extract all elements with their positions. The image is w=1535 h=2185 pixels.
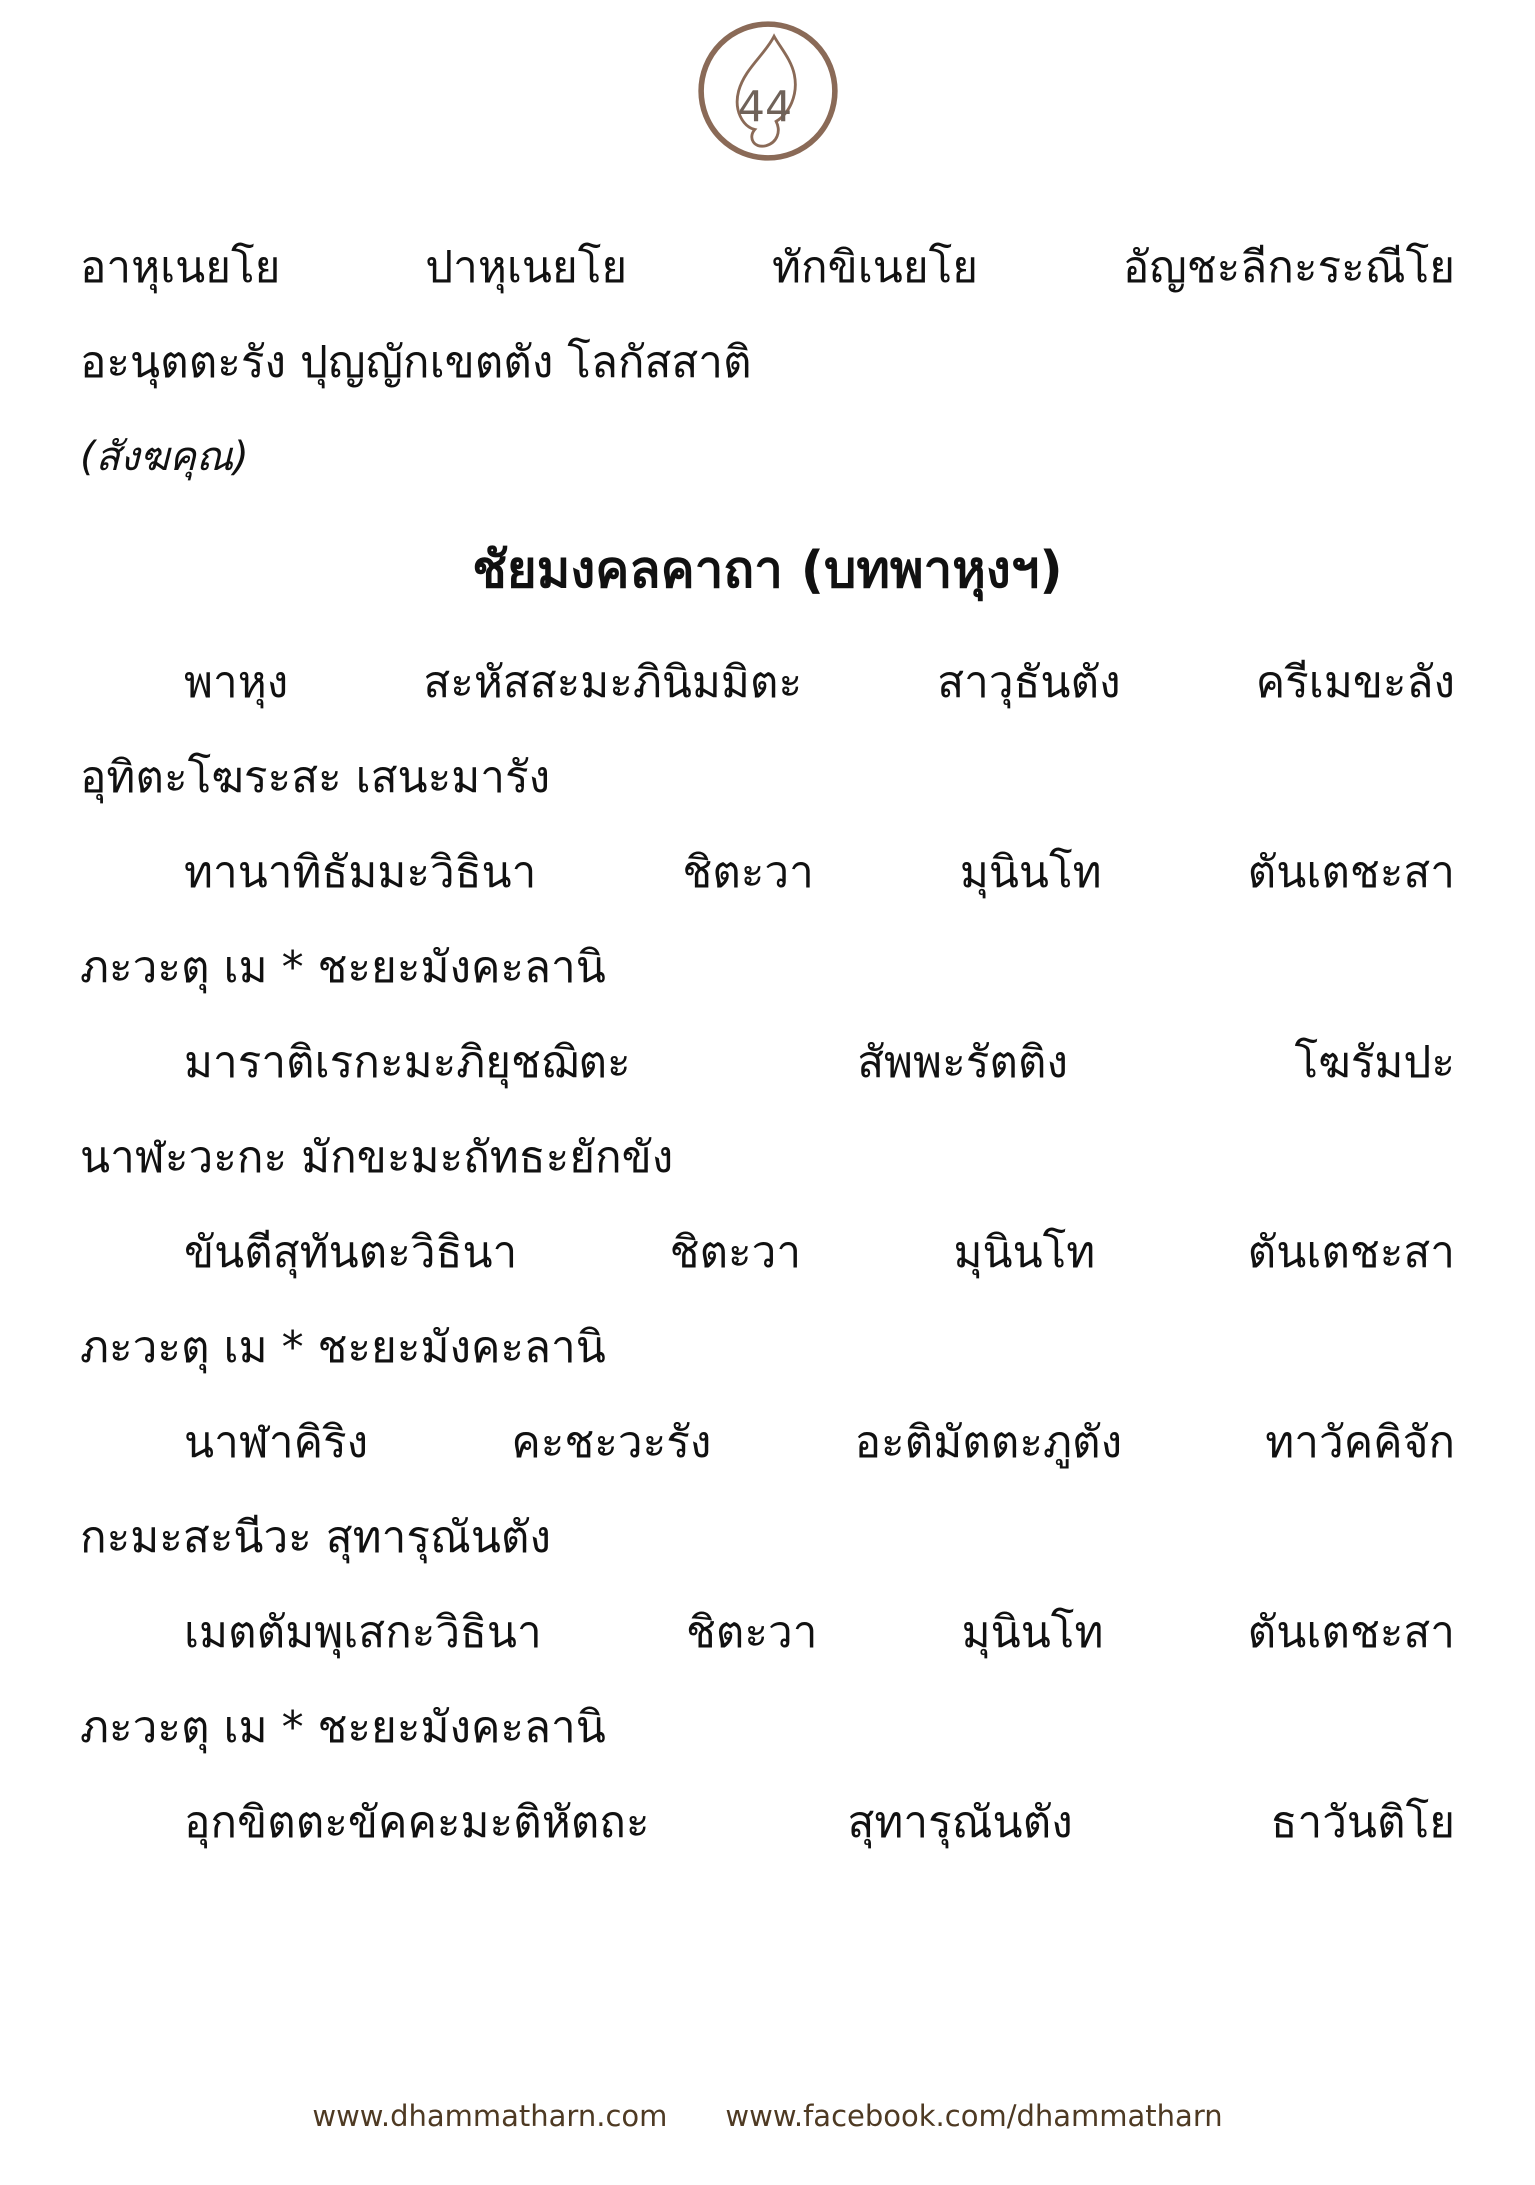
chant-line: ภะวะตุ เม * ชะยะมังคะลานิ	[80, 1680, 1455, 1775]
website-url: www.dhammatharn.com	[312, 2099, 667, 2133]
lotus-leaf-logo: 44	[692, 16, 844, 168]
page-number: 44	[737, 82, 791, 132]
chant-source-label: (สังฆคุณ)	[80, 410, 1455, 505]
chant-line: ภะวะตุ เม * ชะยะมังคะลานิ	[80, 920, 1455, 1015]
page-footer: www.dhammatharn.com www.facebook.com/dha…	[0, 2099, 1535, 2133]
chant-line: อาหุเนยโย ปาหุเนยโย ทักขิเนยโย อัญชะลีกะ…	[80, 220, 1455, 315]
chant-line: อุทิตะโฆระสะ เสนะมารัง	[80, 730, 1455, 825]
chant-line: อุกขิตตะขัคคะมะติหัตถะ สุทารุณันตัง ธาวั…	[80, 1775, 1455, 1870]
chant-line: มาราติเรกะมะภิยุชฌิตะ สัพพะรัตติง โฆรัมป…	[80, 1015, 1455, 1110]
chant-line: นาฬะวะกะ มักขะมะถัทธะยักขัง	[80, 1110, 1455, 1205]
chant-text-block: อาหุเนยโย ปาหุเนยโย ทักขิเนยโย อัญชะลีกะ…	[0, 220, 1535, 1870]
chant-line: พาหุง สะหัสสะมะภินิมมิตะ สาวุธันตัง ครีเ…	[80, 635, 1455, 730]
chant-line: ขันตีสุทันตะวิธินา ชิตะวา มุนินโท ตันเตช…	[80, 1205, 1455, 1300]
chant-line: นาฬาคิริง คะชะวะรัง อะติมัตตะภูตัง ทาวัค…	[80, 1395, 1455, 1490]
facebook-url: www.facebook.com/dhammatharn	[725, 2099, 1222, 2133]
book-page: 44 อาหุเนยโย ปาหุเนยโย ทักขิเนยโย อัญชะล…	[0, 0, 1535, 2185]
page-header: 44	[0, 0, 1535, 168]
chant-line: อะนุตตะรัง ปุญญักเขตตัง โลกัสสาติ	[80, 315, 1455, 410]
section-heading: ชัยมงคลคาถา (บทพาหุงฯ)	[80, 521, 1455, 621]
chant-line: ภะวะตุ เม * ชะยะมังคะลานิ	[80, 1300, 1455, 1395]
chant-line: เมตตัมพุเสกะวิธินา ชิตะวา มุนินโท ตันเตช…	[80, 1585, 1455, 1680]
chant-line: กะมะสะนีวะ สุทารุณันตัง	[80, 1490, 1455, 1585]
chant-line: ทานาทิธัมมะวิธินา ชิตะวา มุนินโท ตันเตชะ…	[80, 825, 1455, 920]
